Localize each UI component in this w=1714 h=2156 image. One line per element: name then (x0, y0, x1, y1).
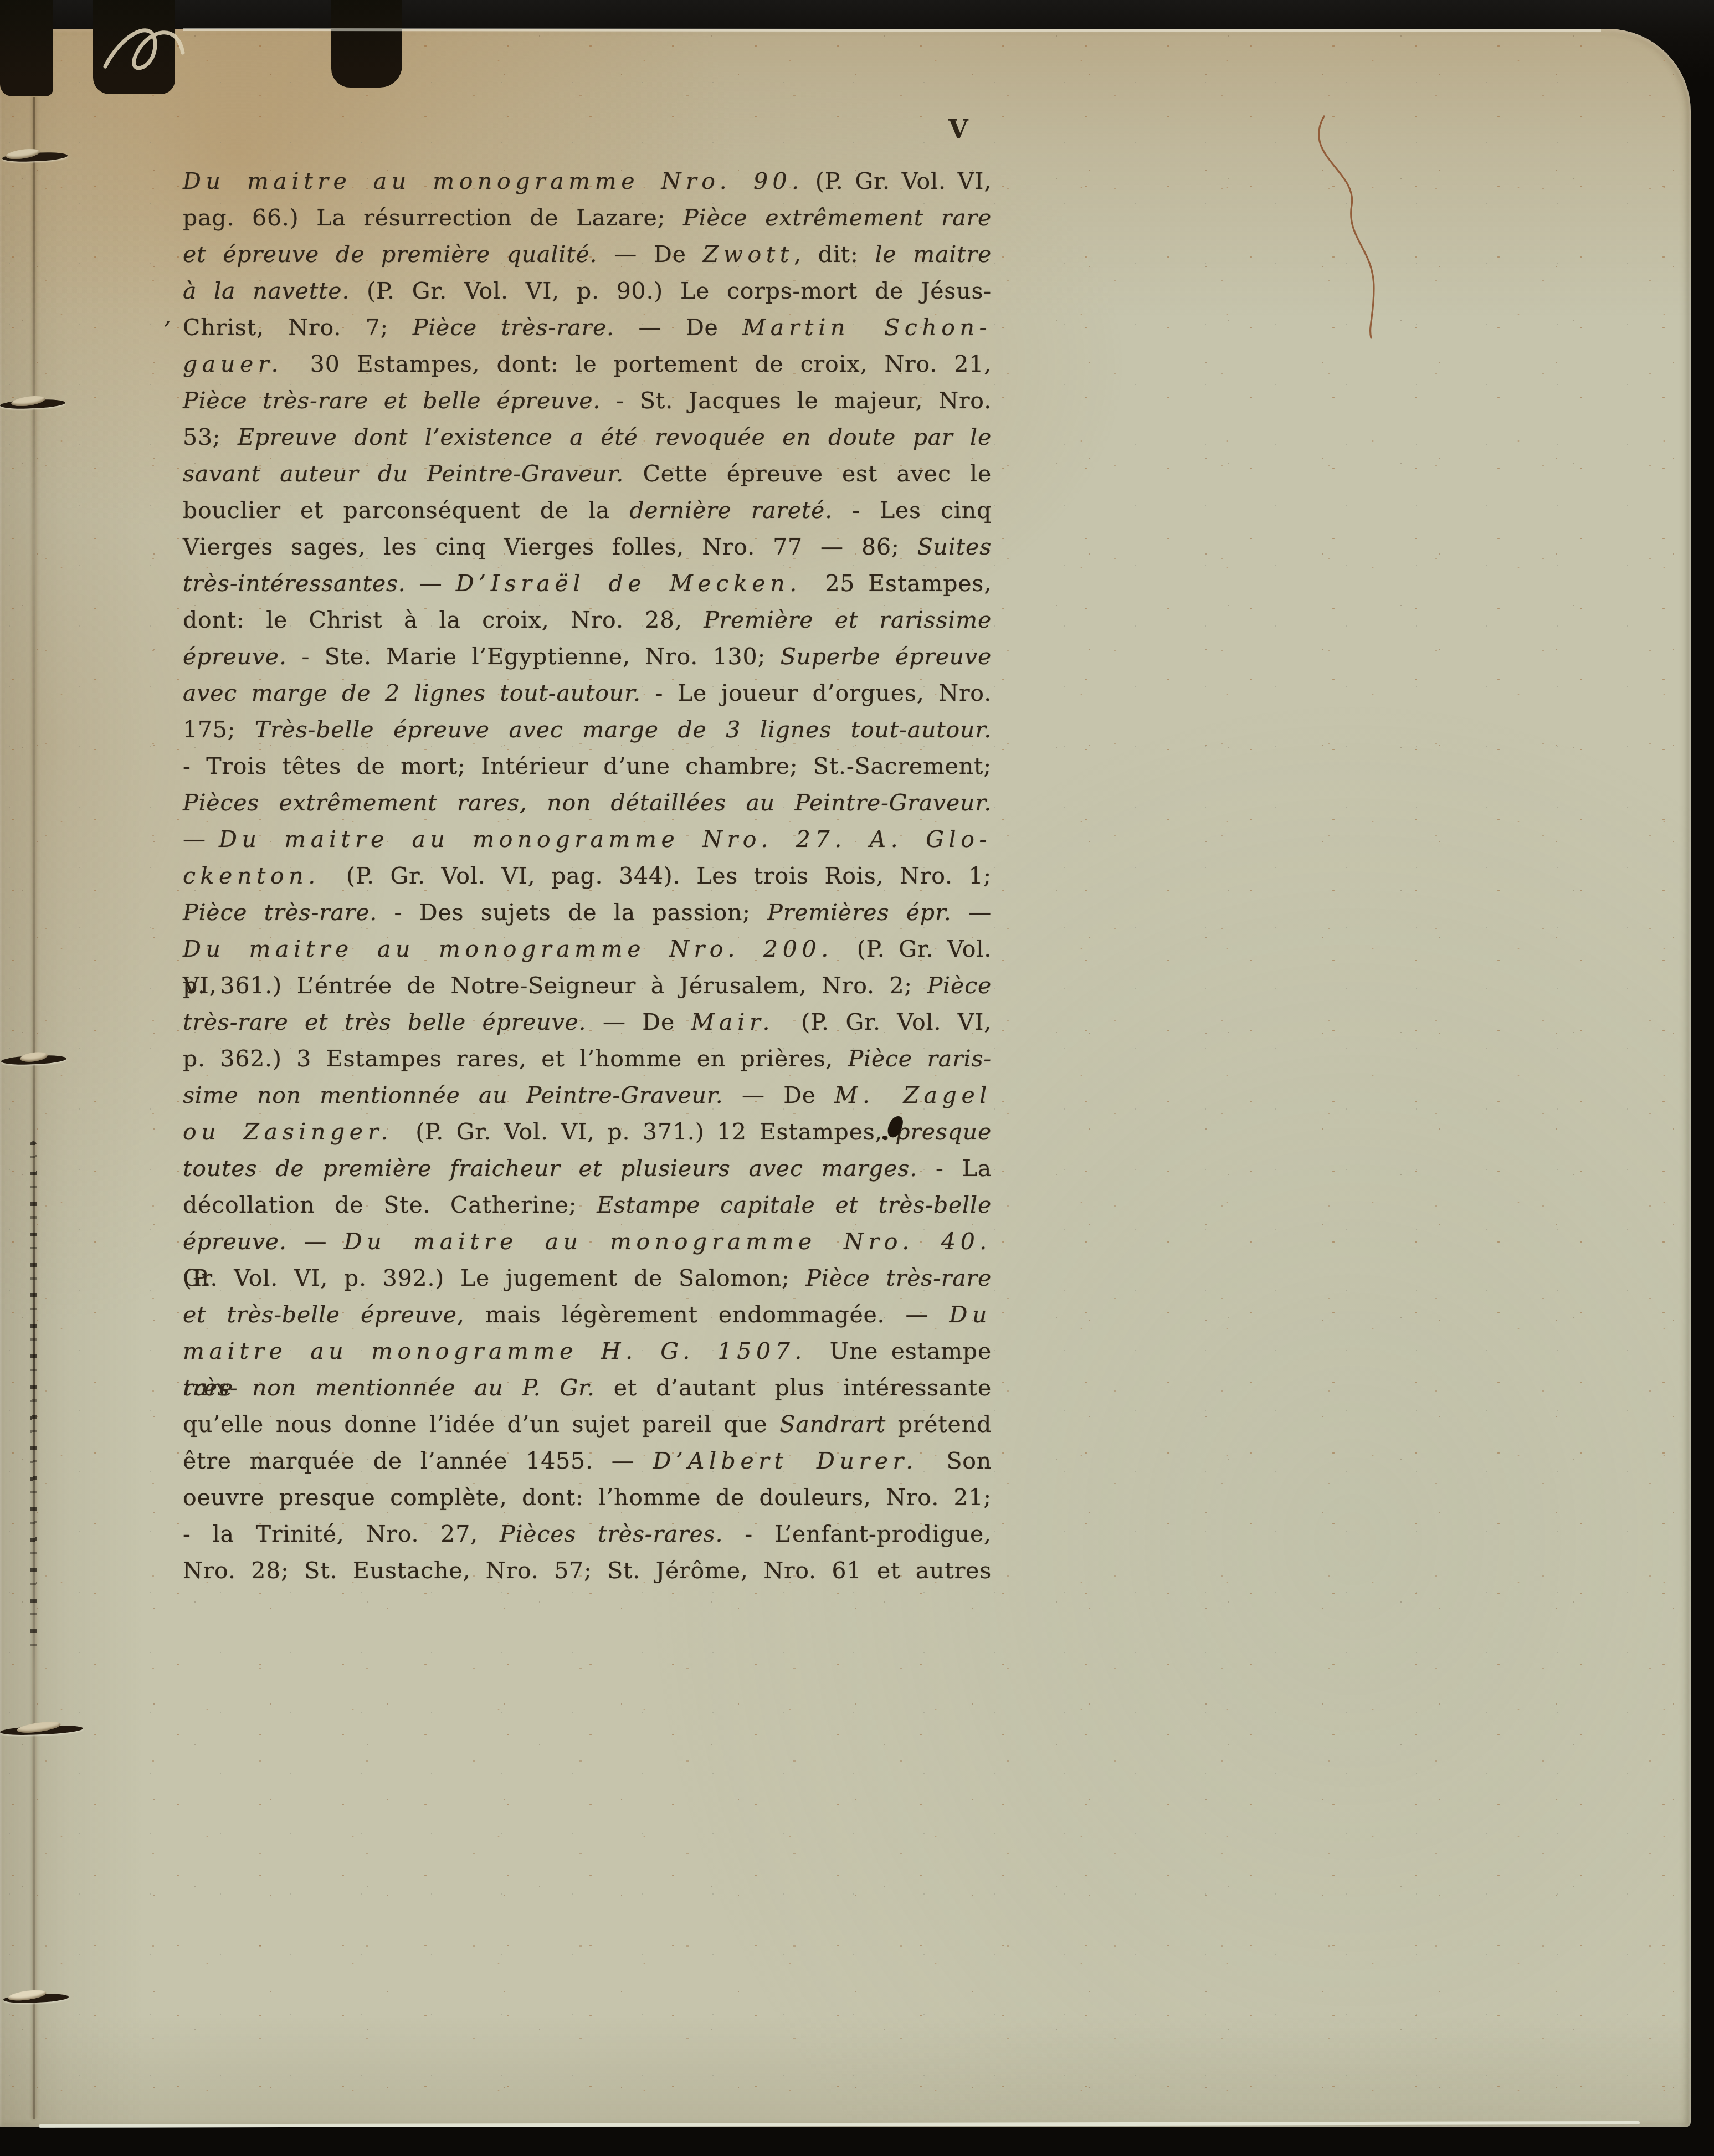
text-segment: Pièce raris- (848, 1045, 992, 1072)
text-segment: - Trois têtes de mort; Intérieur d’une c… (183, 753, 992, 779)
text-segment: D’Albert Durer. (653, 1447, 947, 1474)
text-line-23: p. 361.) L’éntrée de Notre-Seigneur à Jé… (183, 967, 992, 1004)
text-segment: prétend (886, 1411, 992, 1438)
text-segment: Mair. (691, 1009, 802, 1035)
gutter-crease-specks (30, 1141, 37, 1651)
sewing-stitch (3, 1990, 69, 2006)
text-segment: très-intéressantes. (183, 570, 419, 597)
text-segment: Du maitre au monogramme Nro. 40. (344, 1228, 992, 1255)
text-segment: oeuvre presque complète, dont: l’homme d… (183, 1484, 992, 1511)
text-segment: — (968, 899, 992, 926)
text-line-3: et épreuve de première qualité. — De Zwo… (183, 236, 992, 273)
text-line-19: — Du maitre au monogramme Nro. 27. A. Gl… (183, 821, 992, 858)
text-segment: Pièce (927, 972, 992, 999)
text-segment: — (419, 570, 456, 597)
text-segment: Du maitre au monogramme Nro. 90. (183, 168, 804, 194)
book-page-scan: V Du maitre au monogramme Nro. 90. (P. G… (0, 0, 1714, 2156)
text-segment: Superbe épreuve (781, 643, 992, 670)
text-segment: Du maitre au monogramme Nro. 27. A. Glo- (219, 826, 992, 853)
text-segment: (P. Gr. Vol. VI, (801, 1009, 992, 1035)
text-line-20: ckenton. (P. Gr. Vol. VI, pag. 344). Les… (183, 858, 992, 894)
text-line-26: sime non mentionnée au Peintre-Graveur. … (183, 1077, 992, 1113)
text-segment: Estampe capitale et très-belle (597, 1192, 992, 1218)
sewing-stitch (1, 1051, 66, 1068)
margin-stray-mark: , (164, 302, 171, 329)
text-line-39: Nro. 28; St. Eustache, Nro. 57; St. Jérô… (183, 1552, 992, 1589)
text-segment: Christ, Nro. 7; (183, 314, 413, 341)
text-segment: (P. Gr. Vol. VI, pag. 344). Les trois Ro… (346, 863, 992, 889)
text-line-8: 53; Epreuve dont l’existence a été revoq… (183, 419, 992, 455)
text-segment: — (183, 826, 219, 853)
text-segment: — (304, 1228, 343, 1255)
text-segment: et d’autant plus intéressante (614, 1374, 992, 1401)
text-segment: - L’enfant-prodigue, (745, 1521, 992, 1547)
text-line-35: qu’elle nous donne l’idée d’un sujet par… (183, 1406, 992, 1443)
text-segment: ckenton. (183, 863, 346, 889)
text-segment: Zwott (703, 241, 794, 268)
text-segment: pag. 66.) La résurrection de Lazare; (183, 204, 683, 231)
text-line-13: dont: le Christ à la croix, Nro. 28, Pre… (183, 602, 992, 638)
text-line-12: très-intéressantes. — D’Israël de Mecken… (183, 565, 992, 602)
text-segment: toutes de première fraicheur et plusieur… (183, 1155, 936, 1182)
text-segment: — De (603, 1009, 691, 1035)
text-segment: p. 361.) L’éntrée de Notre-Seigneur à Jé… (183, 972, 927, 999)
text-segment: Nro. 28; St. Eustache, Nro. 57; St. Jérô… (183, 1557, 992, 1584)
text-segment: Du maitre au monogramme Nro. 200. (183, 936, 857, 962)
text-segment: sime non mentionnée au Peintre-Graveur. (183, 1082, 742, 1108)
text-line-38: - la Trinité, Nro. 27, Pièces très-rares… (183, 1516, 992, 1552)
text-line-27: ou Zasinger. (P. Gr. Vol. VI, p. 371.) 1… (183, 1113, 992, 1150)
text-segment: le maitre (875, 241, 992, 268)
text-segment: - Ste. Marie l’Egyptienne, Nro. 130; (301, 643, 780, 670)
text-line-36: être marquée de l’année 1455. — D’Albert… (183, 1443, 992, 1479)
top-left-backing-notch (0, 0, 53, 96)
text-segment: Premières épr. (767, 899, 968, 926)
text-segment: Une estampe (830, 1338, 992, 1364)
text-line-7: Pièce très-rare et belle épreuve. - St. … (183, 382, 992, 419)
text-segment: Son (946, 1447, 992, 1474)
text-segment: Martin Schon- (742, 314, 992, 341)
text-segment: Sandrart (779, 1411, 886, 1438)
text-segment: Gr. Vol. VI, p. 392.) Le jugement de Sal… (183, 1265, 805, 1291)
text-line-34: rare non mentionnée au P. Gr. et d’autan… (183, 1369, 992, 1406)
text-segment: épreuve. (183, 643, 301, 670)
text-line-11: Vierges sages, les cinq Vierges folles, … (183, 528, 992, 565)
text-line-32: et très-belle épreuve, mais légèrement e… (183, 1296, 992, 1333)
text-segment: Pièces très-rares. (500, 1521, 745, 1547)
text-segment: Cette épreuve est avec le (643, 460, 992, 487)
text-segment: être marquée de l’année 1455. — (183, 1447, 653, 1474)
sewing-stitch (2, 148, 68, 165)
text-line-16: 175; Très-belle épreuve avec marge de 3 … (183, 711, 992, 748)
text-segment: et très-belle épreuve (183, 1301, 457, 1328)
stray-hair-icon (1291, 105, 1435, 349)
text-block: Du maitre au monogramme Nro. 90. (P. Gr.… (183, 163, 992, 1589)
text-line-5: Christ, Nro. 7; Pièce très-rare. — De Ma… (183, 309, 992, 346)
text-segment: à la navette. (183, 278, 367, 304)
text-segment: gauer. (183, 351, 310, 377)
text-line-30: épreuve. — Du maitre au monogramme Nro. … (183, 1223, 992, 1260)
text-segment: et épreuve de première qualité. (183, 241, 614, 268)
text-segment: décollation de Ste. Catherine; (183, 1192, 597, 1218)
text-line-10: bouclier et parconséquent de la dernière… (183, 492, 992, 528)
text-line-25: p. 362.) 3 Estampes rares, et l’homme en… (183, 1040, 992, 1077)
text-segment: — De (742, 1082, 834, 1108)
text-segment: épreuve. (183, 1228, 304, 1255)
text-segment: Pièce très-rare. (413, 314, 639, 341)
text-line-33: maitre au monogramme H. G. 1507. Une est… (183, 1333, 992, 1369)
text-segment: avec marge de 2 lignes tout-autour. (183, 680, 655, 706)
text-segment: 25 Estampes, (825, 570, 992, 597)
text-line-28: toutes de première fraicheur et plusieur… (183, 1150, 992, 1187)
text-segment: M. Zagel (834, 1082, 992, 1108)
text-segment: maitre au monogramme H. G. 1507. (183, 1338, 830, 1364)
text-segment: très-rare et très belle épreuve. (183, 1009, 603, 1035)
text-segment: Epreuve dont l’existence a été revoquée … (238, 424, 992, 450)
text-segment: Pièce très-rare. (183, 899, 394, 926)
text-line-15: avec marge de 2 lignes tout-autour. - Le… (183, 675, 992, 711)
top-backing-notch (331, 0, 402, 88)
text-segment: savant auteur du Peintre-Graveur. (183, 460, 643, 487)
text-line-17: - Trois têtes de mort; Intérieur d’une c… (183, 748, 992, 784)
text-segment: , mais légèrement endommagée. — (457, 1301, 950, 1328)
text-segment: Pièces extrêmement rares, non détaillées… (183, 789, 992, 816)
text-segment: , dit: (794, 241, 875, 268)
binding-thread-icon (89, 0, 211, 122)
text-segment: 175; (183, 716, 255, 743)
text-line-2: pag. 66.) La résurrection de Lazare; Piè… (183, 199, 992, 236)
text-segment: ou Zasinger. (183, 1118, 415, 1145)
text-segment: Pièce extrêmement rare (683, 204, 992, 231)
text-segment: 30 Estampes, dont: le portement de croix… (310, 351, 992, 377)
text-line-21: Pièce très-rare. - Des sujets de la pass… (183, 894, 992, 931)
text-segment: Du (950, 1301, 992, 1328)
text-line-1: Du maitre au monogramme Nro. 90. (P. Gr.… (183, 163, 992, 199)
text-segment: - Des sujets de la passion; (394, 899, 768, 926)
text-line-24: très-rare et très belle épreuve. — De Ma… (183, 1004, 992, 1040)
text-segment: — De (614, 241, 702, 268)
text-segment: - St. Jacques le majeur, Nro. (616, 387, 992, 414)
text-segment: dont: le Christ à la croix, Nro. 28, (183, 607, 704, 633)
text-line-6: gauer. 30 Estampes, dont: le portement d… (183, 346, 992, 382)
text-line-9: savant auteur du Peintre-Graveur. Cette … (183, 455, 992, 492)
text-segment: Suites (917, 533, 992, 560)
text-segment: Pièce très-rare et belle épreuve. (183, 387, 616, 414)
text-segment: - Les cinq (852, 497, 992, 523)
text-segment: rare non mentionnée au P. Gr. (183, 1374, 614, 1401)
text-line-22: Du maitre au monogramme Nro. 200. (P. Gr… (183, 931, 992, 967)
text-segment: (P. Gr. Vol. VI, (804, 168, 992, 194)
text-segment: - la Trinité, Nro. 27, (183, 1521, 500, 1547)
text-segment: (P. Gr. Vol. VI, p. 90.) Le corps-mort d… (367, 278, 992, 304)
text-segment: Très-belle épreuve avec marge de 3 ligne… (255, 716, 992, 743)
text-line-29: décollation de Ste. Catherine; Estampe c… (183, 1187, 992, 1223)
text-segment: - La (936, 1155, 992, 1182)
page-number: V (948, 114, 969, 144)
sewing-stitch (0, 396, 65, 412)
text-segment: dernière rareté. (629, 497, 852, 523)
text-line-14: épreuve. - Ste. Marie l’Egyptienne, Nro.… (183, 638, 992, 675)
sewing-stitch (0, 1722, 83, 1738)
text-segment: qu’elle nous donne l’idée d’un sujet par… (183, 1411, 779, 1438)
text-line-18: Pièces extrêmement rares, non détaillées… (183, 784, 992, 821)
text-segment: bouclier et parconséquent de la (183, 497, 629, 523)
text-segment: presque (895, 1118, 992, 1145)
text-segment: D’Israël de Mecken. (456, 570, 825, 597)
text-line-4: à la navette. (P. Gr. Vol. VI, p. 90.) L… (183, 273, 992, 309)
text-segment: - Le joueur d’orgues, Nro. (655, 680, 992, 706)
text-segment: 53; (183, 424, 238, 450)
text-segment: p. 362.) 3 Estampes rares, et l’homme en… (183, 1045, 848, 1072)
text-segment: (P. Gr. Vol. VI, p. 371.) 12 Estampes, (415, 1118, 895, 1145)
text-segment: — De (639, 314, 743, 341)
text-line-31: Gr. Vol. VI, p. 392.) Le jugement de Sal… (183, 1260, 992, 1296)
text-segment: Vierges sages, les cinq Vierges folles, … (183, 533, 917, 560)
text-line-37: oeuvre presque complète, dont: l’homme d… (183, 1479, 992, 1516)
text-segment: Première et rarissime (704, 607, 992, 633)
text-segment: Pièce très-rare (805, 1265, 992, 1291)
